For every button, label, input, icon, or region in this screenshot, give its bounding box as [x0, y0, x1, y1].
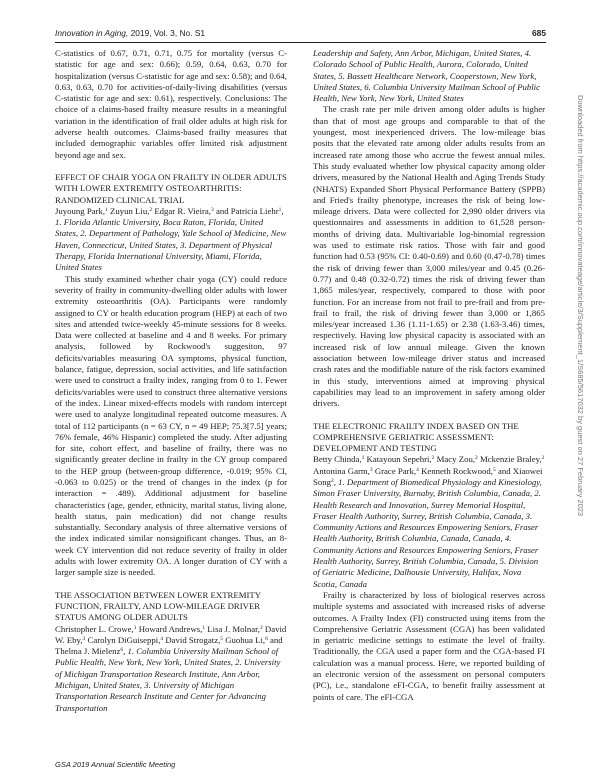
author: Macy Zou,	[434, 454, 475, 464]
author: David Strogatz,	[163, 635, 220, 645]
author-list-chair-yoga: Juyoung Park,1 Zuyun Liu,2 Edgar R. Viei…	[55, 206, 287, 274]
author: Carolyn DiGuiseppi,	[85, 635, 160, 645]
affiliations: , 1. Department of Biomedical Physiology…	[313, 477, 542, 589]
affiliations-continued: Leadership and Safety, Ann Arbor, Michig…	[313, 48, 545, 104]
author: and Patricia Liehr	[214, 206, 279, 216]
journal-name: Innovation in Aging,	[55, 28, 128, 38]
article-title-low-mileage: THE ASSOCIATION BETWEEN LOWER EXTREMITY …	[55, 590, 287, 624]
abstract-chair-yoga: This study examined whether chair yoga (…	[55, 274, 287, 579]
author: Lisa J. Molnar,	[205, 624, 260, 634]
author: Betty Chinda,	[313, 454, 362, 464]
author: Guohua Li,	[223, 635, 265, 645]
author: Edgar R. Vieira,	[152, 206, 211, 216]
left-column: C-statistics of 0.67, 0.71, 0.71, 0.75 f…	[55, 48, 287, 714]
continued-abstract: C-statistics of 0.67, 0.71, 0.71, 0.75 f…	[55, 48, 287, 161]
right-column: Leadership and Safety, Ann Arbor, Michig…	[313, 48, 545, 703]
author: Katayoun Sepehri,	[364, 454, 431, 464]
author: Zuyun Liu,	[108, 206, 150, 216]
author: Kenneth Rockwood,	[419, 466, 493, 476]
article-title-electronic-frailty-index: THE ELECTRONIC FRAILTY INDEX BASED ON TH…	[313, 421, 545, 455]
running-footer: GSA 2019 Annual Scientific Meeting	[55, 760, 175, 769]
article-title-chair-yoga: EFFECT OF CHAIR YOGA ON FRAILTY IN OLDER…	[55, 172, 287, 206]
author: Howard Andrews,	[137, 624, 203, 634]
author: Juyoung Park,	[55, 206, 105, 216]
author: Mckenzie Braley,	[478, 454, 542, 464]
author-affiliation-index: 2	[542, 455, 545, 461]
author: Christopher L. Crowe,	[55, 624, 134, 634]
author: Grace Park,	[373, 466, 417, 476]
abstract-electronic-frailty-index: Frailty is characterized by loss of biol…	[313, 590, 545, 703]
journal-issue: 2019, Vol. 3, No. S1	[128, 28, 205, 38]
author-list-electronic-frailty-index: Betty Chinda,1 Katayoun Sepehri,2 Macy Z…	[313, 454, 545, 590]
page-number: 685	[532, 28, 546, 38]
running-header: Innovation in Aging, 2019, Vol. 3, No. S…	[55, 28, 546, 42]
author-list-low-mileage: Christopher L. Crowe,1 Howard Andrews,1 …	[55, 624, 287, 714]
header-rule	[55, 42, 546, 43]
journal-citation: Innovation in Aging, 2019, Vol. 3, No. S…	[55, 28, 205, 38]
author: Antonina Garm,	[313, 466, 370, 476]
abstract-low-mileage: The crash rate per mile driven among old…	[313, 104, 545, 409]
